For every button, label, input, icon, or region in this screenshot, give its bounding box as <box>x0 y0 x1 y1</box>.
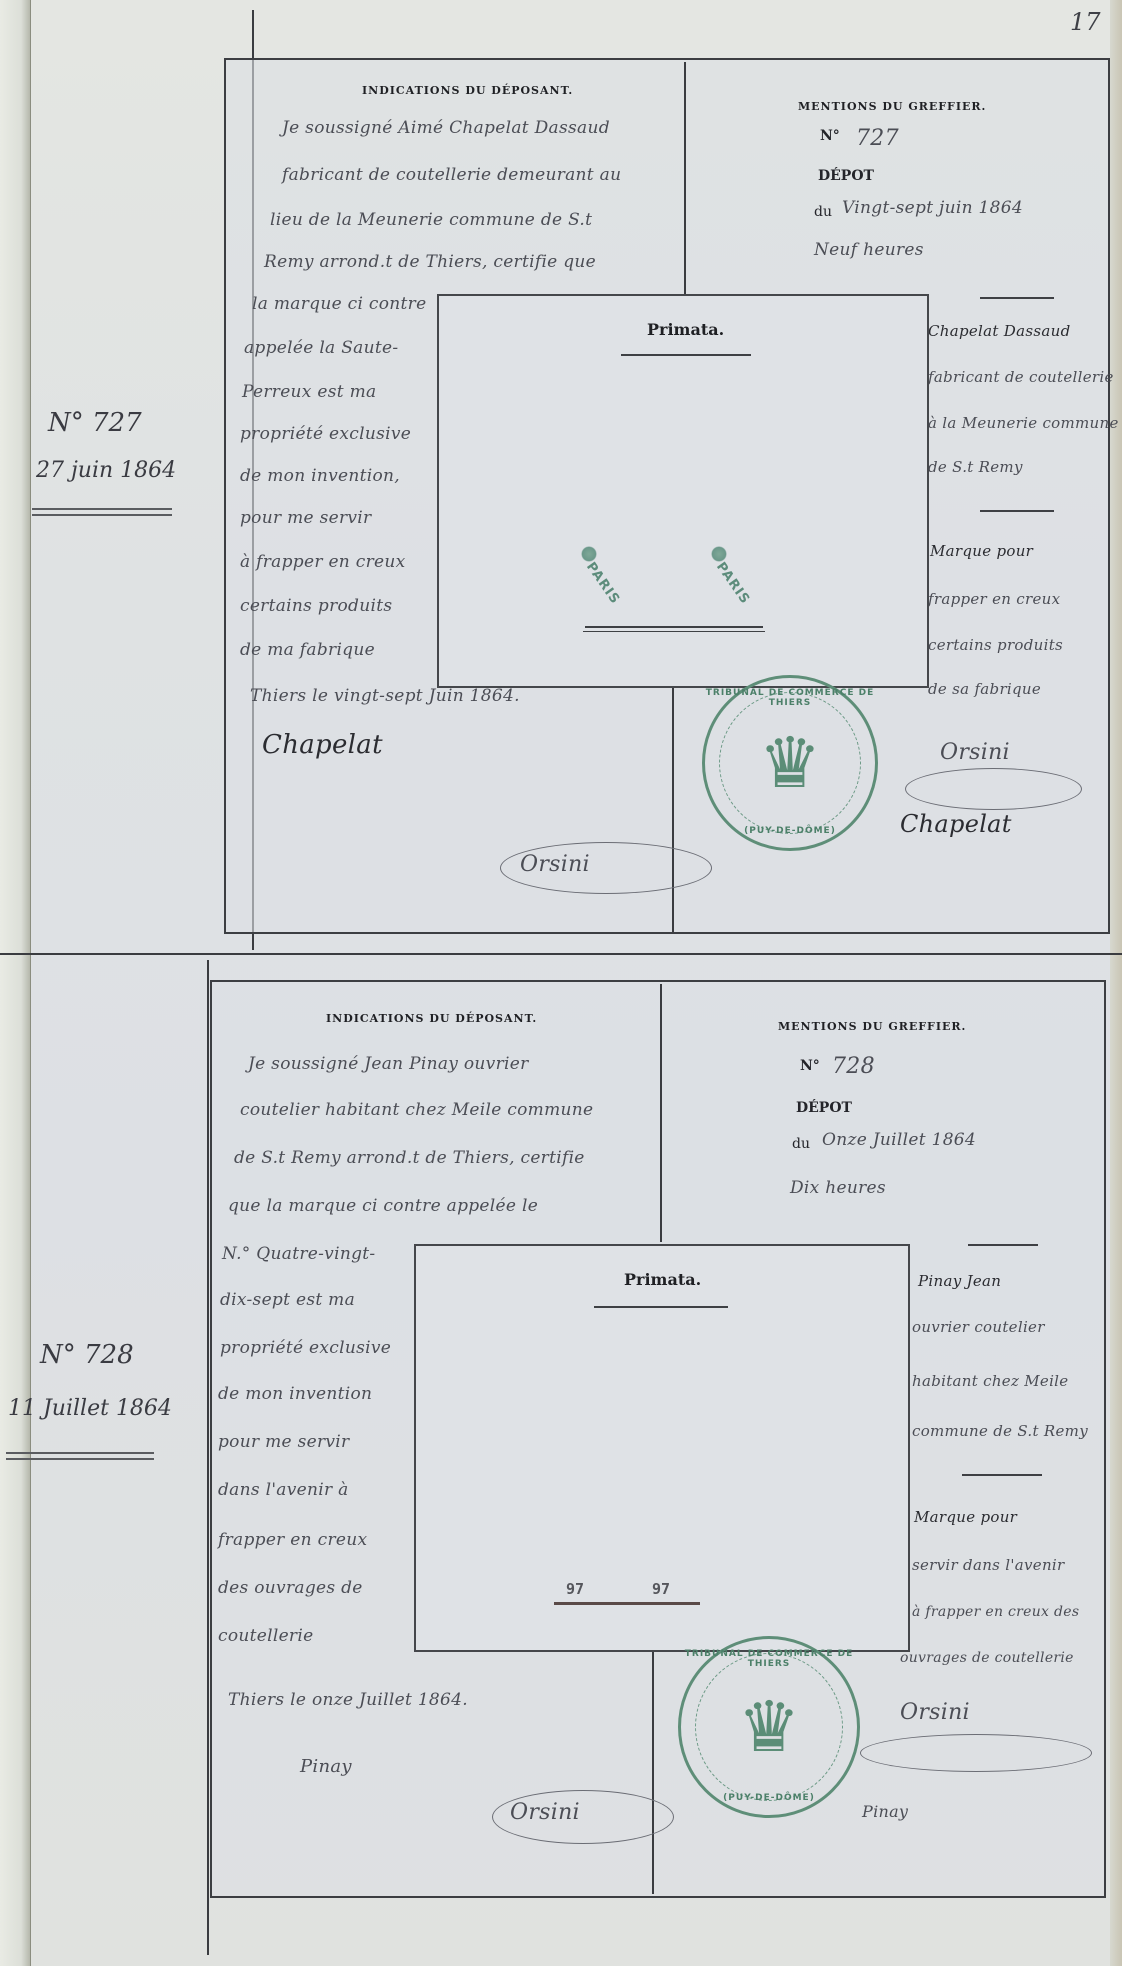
deposant-line: dix-sept est ma <box>220 1290 355 1310</box>
mark-number: 97 <box>652 1580 670 1598</box>
greffier-header: Mentions du greffier. <box>798 100 986 113</box>
deposant-signature: Pinay <box>300 1756 352 1777</box>
deposant-line: coutellerie <box>218 1626 313 1646</box>
deposant-line: à frapper en creux <box>240 552 406 572</box>
column-divider-lower <box>672 688 674 932</box>
mark-stamp-label: PARIS <box>713 560 753 608</box>
seal-bottom-text: (PUY-DE-DÔME) <box>681 1793 857 1803</box>
deposant-line: la marque ci contre <box>252 294 426 314</box>
greffier-purpose-line: Marque pour <box>930 542 1033 560</box>
mark-number: 97 <box>566 1580 584 1598</box>
margin-double-underline <box>32 508 172 516</box>
imperial-eagle-icon: ♛ <box>759 728 822 798</box>
clerk-paraph-flourish <box>492 1790 674 1844</box>
du-label: du <box>792 1136 810 1152</box>
greffier-signature-clerk: Orsini <box>900 1700 970 1725</box>
du-label: du <box>814 204 832 220</box>
deposant-line: Je soussigné Aimé Chapelat Dassaud <box>282 118 610 138</box>
column-divider-upper <box>660 984 662 1242</box>
greffier-name-line: Chapelat Dassaud <box>928 322 1070 340</box>
deposant-line: dans l'avenir à <box>218 1480 349 1500</box>
depot-date: Vingt-sept juin 1864 <box>842 198 1023 218</box>
greffier-purpose-line: à frapper en creux des <box>912 1604 1079 1620</box>
greffier-name-line: habitant chez Meile <box>912 1372 1068 1390</box>
depot-hour: Neuf heures <box>814 240 924 260</box>
deposant-line: frapper en creux <box>218 1530 367 1550</box>
deposant-line: de mon invention <box>218 1384 372 1404</box>
greffier-no-label: N° <box>800 1058 820 1074</box>
greffier-paraph-flourish <box>905 768 1082 810</box>
deposant-line: de mon invention, <box>240 466 400 486</box>
specimen-box: Primata. 97 97 <box>414 1244 910 1652</box>
depot-date: Onze Juillet 1864 <box>822 1130 976 1150</box>
deposant-line: propriété exclusive <box>220 1338 391 1358</box>
greffier-purpose-line: de sa fabrique <box>928 680 1041 698</box>
deposant-line: Je soussigné Jean Pinay ouvrier <box>248 1054 529 1074</box>
margin-entry-date: 27 juin 1864 <box>36 458 176 483</box>
seal-top-text: TRIBUNAL DE COMMERCE DE THIERS <box>681 1649 857 1669</box>
margin-double-underline <box>6 1452 154 1460</box>
deposant-line: Remy arrond.t de Thiers, certifie que <box>264 252 596 272</box>
binding-gutter <box>0 0 31 1966</box>
tribunal-seal: TRIBUNAL DE COMMERCE DE THIERS ♛ (PUY-DE… <box>678 1636 860 1818</box>
greffier-rule <box>962 1474 1042 1476</box>
greffier-rule <box>980 510 1054 512</box>
greffier-header: Mentions du greffier. <box>778 1020 966 1033</box>
specimen-baseline <box>554 1602 700 1605</box>
deposant-line: propriété exclusive <box>240 424 411 444</box>
greffier-signature-depositor: Pinay <box>862 1802 908 1821</box>
greffier-signature-depositor: Chapelat <box>900 810 1012 838</box>
greffier-purpose-line: frapper en creux <box>928 590 1060 608</box>
greffier-purpose-line: servir dans l'avenir <box>912 1556 1064 1574</box>
depot-hour: Dix heures <box>790 1178 886 1198</box>
margin-entry-number: N° 727 <box>48 408 142 438</box>
deposant-line: lieu de la Meunerie commune de S.t <box>270 210 592 230</box>
deposant-header: Indications du déposant. <box>326 1012 537 1025</box>
greffier-no-label: N° <box>820 128 840 144</box>
column-divider-upper <box>684 62 686 294</box>
deposant-line: Thiers le vingt-sept Juin 1864. <box>250 686 520 706</box>
specimen-title-rule <box>594 1306 728 1308</box>
greffier-name-line: Pinay Jean <box>918 1272 1001 1290</box>
entry-separator <box>0 953 1122 955</box>
page-edge <box>1110 0 1122 1966</box>
deposant-line: de S.t Remy arrond.t de Thiers, certifie <box>234 1148 585 1168</box>
imperial-eagle-icon: ♛ <box>738 1692 801 1762</box>
greffier-purpose-line: ouvrages de coutellerie <box>900 1650 1074 1666</box>
deposant-line: coutelier habitant chez Meile commune <box>240 1100 593 1120</box>
depot-label: DÉPOT <box>818 168 874 184</box>
specimen-box: Primata. PARIS PARIS <box>437 294 929 688</box>
deposant-line: Thiers le onze Juillet 1864. <box>228 1690 468 1710</box>
column-divider-lower <box>652 1652 654 1894</box>
deposant-line: fabricant de coutellerie demeurant au <box>282 165 621 185</box>
deposant-line: des ouvrages de <box>218 1578 363 1598</box>
greffier-no-value: 727 <box>856 126 899 151</box>
greffier-rule <box>968 1244 1038 1246</box>
greffier-purpose-line: certains produits <box>928 636 1063 654</box>
deposant-line: pour me servir <box>240 508 371 528</box>
deposant-line: N.° Quatre-vingt- <box>222 1244 375 1264</box>
deposant-line: certains produits <box>240 596 392 616</box>
page-number: 17 <box>1070 8 1101 36</box>
specimen-baseline <box>583 631 765 632</box>
deposant-line: que la marque ci contre appelée le <box>228 1196 538 1216</box>
deposant-header: Indications du déposant. <box>362 84 573 97</box>
deposant-line: Perreux est ma <box>242 382 376 402</box>
greffier-name-line: de S.t Remy <box>928 458 1023 476</box>
seal-top-text: TRIBUNAL DE COMMERCE DE THIERS <box>705 688 875 708</box>
greffier-rule <box>980 297 1054 299</box>
greffier-no-value: 728 <box>832 1054 875 1079</box>
margin-entry-number: N° 728 <box>40 1340 134 1370</box>
greffier-name-line: ouvrier coutelier <box>912 1318 1045 1336</box>
ledger-page: 17 N° 727 27 juin 1864 Indications du dé… <box>0 0 1122 1966</box>
greffier-signature-clerk: Orsini <box>940 740 1010 765</box>
greffier-name-line: à la Meunerie commune <box>928 414 1119 432</box>
specimen-title: Primata. <box>624 1270 701 1289</box>
greffier-name-line: commune de S.t Remy <box>912 1422 1088 1440</box>
clerk-paraph-flourish <box>500 842 712 894</box>
deposant-line: appelée la Saute- <box>244 338 398 358</box>
greffier-paraph-flourish <box>860 1734 1092 1772</box>
specimen-title: Primata. <box>647 320 724 339</box>
margin-entry-date: 11 Juillet 1864 <box>8 1396 172 1421</box>
greffier-purpose-line: Marque pour <box>914 1508 1017 1526</box>
seal-bottom-text: (PUY-DE-DÔME) <box>705 826 875 836</box>
deposant-signature: Chapelat <box>262 730 383 760</box>
specimen-title-rule <box>621 354 751 356</box>
tribunal-seal: TRIBUNAL DE COMMERCE DE THIERS ♛ (PUY-DE… <box>702 675 878 851</box>
mark-stamp-label: PARIS <box>583 560 623 608</box>
deposant-line: pour me servir <box>218 1432 349 1452</box>
depot-label: DÉPOT <box>796 1100 852 1116</box>
specimen-baseline <box>585 626 763 628</box>
margin-rule-bottom <box>207 960 209 1955</box>
deposant-line: de ma fabrique <box>240 640 375 660</box>
greffier-name-line: fabricant de coutellerie <box>928 368 1114 386</box>
